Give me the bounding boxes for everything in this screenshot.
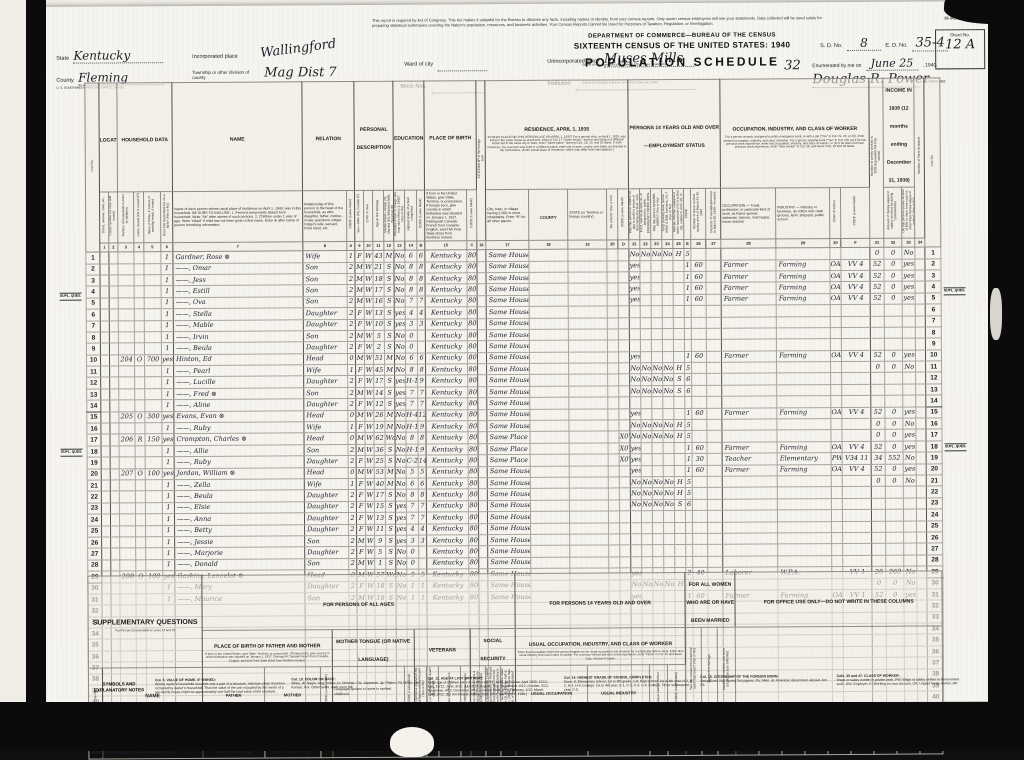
schedule-cell: Farming xyxy=(776,271,830,283)
schedule-cell xyxy=(529,261,568,273)
schedule-cell: 3 xyxy=(405,319,417,330)
col-header-c10: Color or race xyxy=(364,190,373,241)
schedule-cell: 9 xyxy=(375,535,386,546)
col-number-11: 11 xyxy=(373,241,384,250)
schedule-cell: 17 xyxy=(374,376,385,387)
schedule-cell: W xyxy=(364,308,373,319)
schedule-cell: 2 xyxy=(349,513,357,524)
col-number-21: 21 xyxy=(629,240,640,249)
schedule-cell xyxy=(145,480,162,491)
schedule-cell: 1 xyxy=(684,260,691,271)
schedule-cell: S xyxy=(386,558,396,569)
schedule-cell: No xyxy=(631,500,642,511)
schedule-cell xyxy=(674,465,685,476)
schedule-cell xyxy=(652,340,663,351)
schedule-cell xyxy=(776,305,830,317)
schedule-cell xyxy=(674,340,685,351)
schedule-cell: No xyxy=(394,341,405,352)
schedule-cell: 1 xyxy=(162,514,174,525)
schedule-cell: Kentucky xyxy=(425,330,467,342)
schedule-cell: M xyxy=(356,467,365,478)
schedule-cell xyxy=(618,306,629,317)
schedule-cell xyxy=(675,522,686,533)
group-personal-description: PERSONAL DESCRIPTION xyxy=(354,81,394,190)
schedule-cell: 1 xyxy=(162,480,174,491)
schedule-cell: No xyxy=(640,249,651,260)
schedule-cell: Same House xyxy=(488,557,531,569)
schedule-cell xyxy=(708,545,723,556)
schedule-cell xyxy=(120,560,136,571)
schedule-cell xyxy=(619,363,630,374)
schedule-cell: W xyxy=(366,558,375,569)
schedule-cell xyxy=(100,298,109,309)
schedule-cell xyxy=(722,396,777,408)
schedule-cell: ——, Marjorie xyxy=(175,547,305,559)
schedule-cell xyxy=(478,398,487,409)
schedule-cell: Same House xyxy=(487,364,530,376)
schedule-cell: Daughter xyxy=(303,319,347,331)
schedule-cell xyxy=(144,252,161,263)
schedule-cell: 80 xyxy=(468,352,478,363)
schedule-cell xyxy=(706,271,721,282)
schedule-cell xyxy=(529,272,568,284)
schedule-cell: No xyxy=(641,420,652,431)
schedule-cell xyxy=(629,317,640,328)
col-number-A: A xyxy=(347,242,355,251)
schedule-cell: No xyxy=(652,488,663,499)
group-income: INCOME IN 1939 (12 months ending Decembe… xyxy=(883,78,915,187)
schedule-cell xyxy=(118,275,134,286)
col-header-c26: Number of hours worked during week of Ma… xyxy=(691,188,706,239)
schedule-cell: R xyxy=(135,434,145,445)
schedule-cell xyxy=(608,500,619,511)
schedule-cell xyxy=(674,328,685,339)
state-label: State xyxy=(56,56,69,62)
schedule-cell xyxy=(135,446,145,457)
schedule-cell: W xyxy=(364,296,373,307)
schedule-cell: 1 xyxy=(685,351,692,362)
schedule-cell xyxy=(569,374,608,386)
schedule-cell xyxy=(831,362,842,373)
schedule-cell: Farmer xyxy=(721,282,776,294)
schedule-cell: ——, Jessie xyxy=(175,536,305,548)
schedule-cell: W xyxy=(365,433,374,444)
schedule-cell: 80 xyxy=(468,364,478,375)
schedule-cell xyxy=(777,430,831,442)
schedule-cell xyxy=(843,544,872,556)
schedule-cell: 0 xyxy=(871,418,885,429)
schedule-cell: W xyxy=(365,467,374,478)
schedule-cell xyxy=(607,249,618,260)
schedule-cell xyxy=(693,499,708,510)
schedule-cell xyxy=(903,338,916,349)
schedule-cell xyxy=(134,309,144,320)
schedule-cell: 60 xyxy=(691,294,706,305)
schedule-cell: 52 xyxy=(870,259,884,270)
line-number: 27 xyxy=(88,548,102,559)
schedule-cell: yes xyxy=(630,465,641,476)
schedule-cell xyxy=(830,248,841,259)
schedule-cell xyxy=(722,430,777,442)
schedule-cell: yes xyxy=(396,512,407,523)
note-text: Wage or salary worker in private work..P… xyxy=(837,677,960,686)
schedule-cell: Son xyxy=(303,274,347,286)
schedule-cell: ——, Lucille xyxy=(174,376,304,388)
schedule-cell xyxy=(531,557,570,569)
schedule-cell xyxy=(134,286,144,297)
schedule-cell: 100 xyxy=(145,468,162,479)
ed-label: E. D. No. xyxy=(885,43,907,49)
schedule-cell: 2 xyxy=(347,262,355,273)
schedule-cell xyxy=(570,557,609,569)
schedule-cell xyxy=(134,332,144,343)
schedule-cell: 5 xyxy=(685,419,692,430)
schedule-cell: VV 4 xyxy=(842,350,871,362)
schedule-cell: 1 xyxy=(161,286,173,297)
schedule-cell: No xyxy=(663,385,674,396)
township-value: Mag Dist 7 xyxy=(264,65,336,80)
schedule-cell xyxy=(569,397,608,409)
schedule-cell: X0V3 xyxy=(619,454,630,465)
schedule-cell: Wife xyxy=(303,251,347,263)
schedule-cell: ——, Elsie xyxy=(174,502,304,514)
schedule-cell xyxy=(135,366,145,377)
schedule-cell xyxy=(663,442,674,453)
schedule-cell xyxy=(778,555,832,567)
schedule-cell xyxy=(135,491,145,502)
schedule-cell: H-1 xyxy=(406,421,418,432)
schedule-cell: 2 xyxy=(347,296,355,307)
schedule-cell xyxy=(570,534,609,546)
schedule-cell: yes xyxy=(161,354,173,365)
schedule-cell xyxy=(651,317,662,328)
film-border-left xyxy=(26,0,46,751)
schedule-cell xyxy=(653,511,664,522)
line-no-header: Line No. xyxy=(85,83,100,252)
schedule-cell: S xyxy=(386,512,396,523)
schedule-cell: 1 xyxy=(684,294,691,305)
schedule-cell: No xyxy=(903,452,916,463)
line-number-right: 28 xyxy=(927,555,943,566)
schedule-cell: 1 xyxy=(685,442,692,453)
schedule-cell xyxy=(641,351,652,362)
col-number-6: 6 xyxy=(161,243,173,252)
schedule-cell xyxy=(569,352,608,364)
group-occupation: OCCUPATION, INDUSTRY, AND CLASS OF WORKE… xyxy=(720,78,870,188)
line-number-right: 19 xyxy=(926,452,942,463)
schedule-cell: No xyxy=(394,262,405,273)
schedule-cell xyxy=(101,457,110,468)
schedule-cell xyxy=(904,521,917,532)
schedule-cell xyxy=(692,340,707,351)
schedule-cell: Same House xyxy=(487,489,530,501)
line-number-right: 13 xyxy=(926,384,942,395)
schedule-cell xyxy=(569,500,608,512)
schedule-cell xyxy=(100,252,109,263)
schedule-cell: 1 xyxy=(163,548,175,559)
schedule-cell: No xyxy=(641,363,652,374)
group-household-data: HOUSEHOLD DATA xyxy=(117,83,173,192)
schedule-cell: Son xyxy=(303,296,347,308)
schedule-cell: Kentucky xyxy=(427,546,469,558)
line-number: 3 xyxy=(86,275,100,286)
schedule-cell xyxy=(134,343,144,354)
schedule-cell: F xyxy=(355,308,364,319)
schedule-cell: 52 xyxy=(870,282,884,293)
schedule-cell: OA xyxy=(831,464,842,475)
schedule-cell xyxy=(642,511,653,522)
schedule-cell xyxy=(478,466,487,477)
col-header-c5: Value of home, if owned, or monthly rent… xyxy=(144,192,161,243)
schedule-cell: No xyxy=(652,431,663,442)
schedule-cell: W xyxy=(364,251,373,262)
privacy-microprint: This report is required by Act of Congre… xyxy=(372,15,822,28)
schedule-cell xyxy=(618,317,629,328)
col-number-10: 10 xyxy=(364,242,373,251)
schedule-cell xyxy=(707,374,722,385)
schedule-cell: 5 xyxy=(685,363,692,374)
schedule-cell xyxy=(119,480,135,491)
ward-label: Ward of city xyxy=(404,62,433,68)
line-number: 10 xyxy=(86,355,100,366)
schedule-cell: No xyxy=(394,273,405,284)
schedule-cell xyxy=(477,284,486,295)
schedule-cell: S xyxy=(384,296,394,307)
schedule-cell: 17 xyxy=(374,490,385,501)
schedule-cell xyxy=(692,328,707,339)
schedule-cell: 0 xyxy=(407,546,419,557)
schedule-cell xyxy=(651,306,662,317)
schedule-cell: 4 xyxy=(417,307,425,318)
schedule-cell: 7 xyxy=(418,501,426,512)
schedule-cell xyxy=(777,384,831,396)
schedule-cell: yes xyxy=(395,387,406,398)
schedule-cell xyxy=(872,509,886,520)
schedule-cell xyxy=(842,475,871,487)
schedule-cell xyxy=(707,408,722,419)
schedule-cell xyxy=(135,503,145,514)
schedule-cell: W xyxy=(366,524,375,535)
group-relation: RELATION xyxy=(302,81,355,190)
schedule-cell: 0 xyxy=(884,247,902,259)
schedule-cell xyxy=(707,385,722,396)
schedule-cell xyxy=(110,503,119,514)
col-header-c9: Sex—Male (M), Female (F) xyxy=(355,190,364,241)
county-label: County xyxy=(56,78,73,84)
schedule-cell: M xyxy=(355,330,364,341)
col-header-c19: STATE (or Territory or foreign country) xyxy=(568,189,607,240)
schedule-cell xyxy=(841,316,870,328)
schedule-cell xyxy=(706,283,721,294)
schedule-cell: Farming xyxy=(776,259,830,271)
schedule-cell xyxy=(477,318,486,329)
schedule-cell xyxy=(134,275,144,286)
schedule-cell: ——, Ruby xyxy=(174,456,304,468)
schedule-cell: 0 xyxy=(871,475,885,486)
schedule-cell: 80 xyxy=(467,250,477,261)
schedule-cell: S xyxy=(384,319,394,330)
schedule-cell xyxy=(652,397,663,408)
col-header-c33: Did this person receive income of $50 or… xyxy=(902,187,915,238)
note-text: None..0; Elementary school, 1st to 8th g… xyxy=(564,679,694,692)
schedule-cell xyxy=(693,522,708,533)
schedule-cell: yes xyxy=(396,524,407,535)
schedule-cell: No xyxy=(663,363,674,374)
group-education: EDUCATION xyxy=(393,81,425,190)
schedule-cell: 2 xyxy=(348,501,356,512)
schedule-cell: Same House xyxy=(486,250,529,262)
schedule-cell xyxy=(110,377,119,388)
schedule-cell xyxy=(530,386,569,398)
schedule-cell xyxy=(641,443,652,454)
schedule-cell xyxy=(692,362,707,373)
schedule-cell: M xyxy=(355,273,364,284)
schedule-cell: ——, Stella xyxy=(173,308,303,320)
schedule-cell xyxy=(119,423,135,434)
schedule-cell xyxy=(136,525,146,536)
col-header-c13: Attended school or college any time sinc… xyxy=(394,190,405,241)
line-number: 22 xyxy=(87,491,101,502)
schedule-cell xyxy=(916,395,926,406)
schedule-cell: M xyxy=(355,262,364,273)
schedule-cell: 2 xyxy=(348,444,356,455)
schedule-cell: No xyxy=(630,386,641,397)
schedule-cell xyxy=(843,532,872,544)
schedule-cell: No xyxy=(664,499,675,510)
schedule-cell: 2 xyxy=(373,342,384,353)
schedule-cell: 1 xyxy=(685,465,692,476)
schedule-cell: 0 xyxy=(884,259,902,271)
schedule-cell xyxy=(102,560,111,571)
schedule-cell xyxy=(568,283,607,295)
schedule-cell xyxy=(653,522,664,533)
note-block: Col. 10. COLOR OR RACE:White..W; Negro..… xyxy=(291,677,422,705)
schedule-cell: ——, Beula xyxy=(174,490,304,502)
schedule-cell: No xyxy=(652,363,663,374)
line-number: 12 xyxy=(87,378,101,389)
schedule-cell: No xyxy=(630,488,641,499)
schedule-cell: No xyxy=(903,361,916,372)
schedule-cell xyxy=(662,272,673,283)
schedule-cell: H-1 xyxy=(406,444,418,455)
schedule-cell xyxy=(478,364,487,375)
schedule-cell: 60 xyxy=(692,442,707,453)
col-number-17: 17 xyxy=(486,241,529,250)
schedule-cell: 52 xyxy=(870,270,884,281)
schedule-cell: Same House xyxy=(487,466,530,478)
line-number-right: 23 xyxy=(927,498,943,509)
schedule-cell: W xyxy=(365,478,374,489)
schedule-cell: 14 xyxy=(374,387,385,398)
schedule-cell: W xyxy=(365,399,374,410)
dept-line2: SIXTEENTH CENSUS OF THE UNITED STATES: 1… xyxy=(552,40,812,51)
schedule-cell: VV 4 xyxy=(841,282,870,294)
schedule-cell: 1 xyxy=(162,366,174,377)
supp-for-14: FOR PERSONS 14 YEARS OLD AND OVER xyxy=(515,572,685,628)
schedule-cell: OA xyxy=(830,293,841,304)
schedule-cell: 1 xyxy=(161,252,173,263)
schedule-cell: 80 xyxy=(469,512,479,523)
schedule-cell xyxy=(134,252,144,263)
col-header-c27: Duration of unemployment up to March 30,… xyxy=(706,188,721,239)
schedule-cell xyxy=(619,408,630,419)
schedule-cell: No xyxy=(630,374,641,385)
schedule-cell: No xyxy=(395,364,406,375)
col-header-c32: Amount of money wages or salary received… xyxy=(884,187,902,238)
schedule-cell xyxy=(479,535,488,546)
col-number-24: 24 xyxy=(662,240,673,249)
schedule-cell xyxy=(477,307,486,318)
schedule-cell xyxy=(904,532,917,543)
schedule-cell xyxy=(530,443,569,455)
schedule-cell: 1 xyxy=(162,502,174,513)
schedule-cell xyxy=(619,340,630,351)
schedule-cell: No xyxy=(663,431,674,442)
schedule-cell xyxy=(673,306,684,317)
note-text: White..W; Negro..Neg; Indian..In; Chines… xyxy=(291,681,420,690)
schedule-cell xyxy=(843,510,872,522)
col-number-27: 27 xyxy=(706,239,721,248)
schedule-cell xyxy=(884,304,902,316)
schedule-cell: 6 xyxy=(418,478,426,489)
schedule-cell xyxy=(886,543,904,555)
schedule-cell xyxy=(692,476,707,487)
schedule-cell xyxy=(144,297,161,308)
page-title: POPULATION SCHEDULE xyxy=(562,54,802,69)
schedule-cell: Head xyxy=(304,410,348,422)
schedule-cell: S xyxy=(386,547,396,558)
col-number-2: 2 xyxy=(109,243,118,252)
schedule-cell: 0 xyxy=(348,433,356,444)
schedule-cell xyxy=(707,465,722,476)
schedule-cell xyxy=(146,537,163,548)
schedule-cell xyxy=(778,544,832,556)
schedule-cell xyxy=(651,272,662,283)
schedule-cell xyxy=(831,327,842,338)
schedule-cell: No xyxy=(651,249,662,260)
schedule-cell: 1 xyxy=(684,271,691,282)
schedule-cell xyxy=(144,343,161,354)
schedule-cell: No xyxy=(396,558,407,569)
schedule-cell: W xyxy=(365,353,374,364)
line-number: 11 xyxy=(87,366,101,377)
col-number-23: 23 xyxy=(651,240,662,249)
schedule-cell xyxy=(831,396,842,407)
schedule-cell xyxy=(119,457,135,468)
schedule-cell xyxy=(722,339,777,351)
line-number: 9 xyxy=(86,343,100,354)
schedule-cell: No xyxy=(395,444,406,455)
schedule-cell xyxy=(101,480,110,491)
schedule-cell xyxy=(686,511,693,522)
schedule-cell: S xyxy=(384,262,394,273)
schedule-cell: H xyxy=(674,488,685,499)
schedule-cell xyxy=(917,486,927,497)
schedule-cell: yes xyxy=(395,376,406,387)
schedule-cell xyxy=(101,400,110,411)
schedule-cell xyxy=(642,545,653,556)
schedule-cell xyxy=(620,511,631,522)
schedule-cell: Daughter xyxy=(303,308,347,320)
schedule-cell: 45 xyxy=(374,364,385,375)
schedule-cell: H xyxy=(673,249,684,260)
schedule-cell xyxy=(619,488,630,499)
schedule-cell xyxy=(619,374,630,385)
schedule-cell xyxy=(101,412,110,423)
schedule-cell: 8 xyxy=(405,262,417,273)
schedule-cell xyxy=(706,260,721,271)
schedule-cell: H xyxy=(674,363,685,374)
